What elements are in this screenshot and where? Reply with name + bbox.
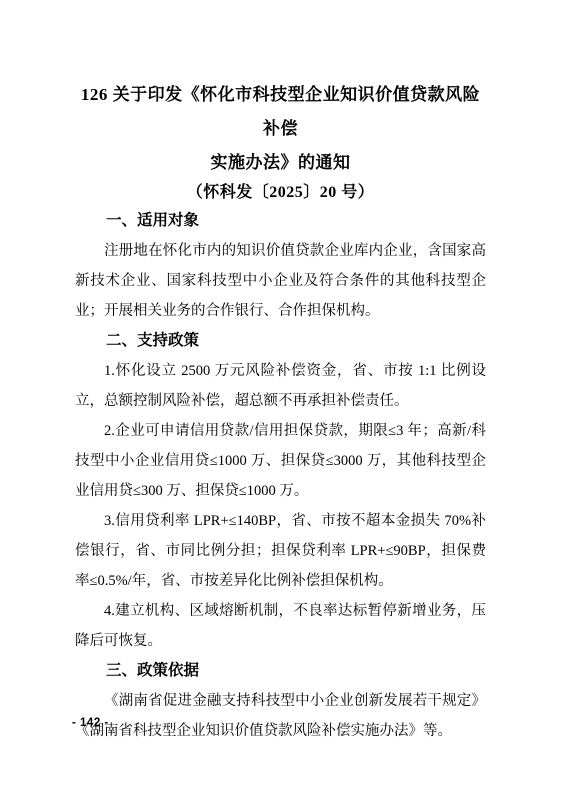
paragraph-policy-item-1: 1.怀化设立 2500 万元风险补偿资金，省、市按 1:1 比例设立，总额控制风… (75, 356, 486, 416)
section-heading-policy-basis: 三、政策依据 (75, 656, 486, 686)
paragraph-policy-item-2: 2.企业可申请信用贷款/信用担保贷款，期限≤3 年；高新/科技型中小企业信用贷≤… (75, 416, 486, 506)
paragraph-policy-item-3: 3.信用贷利率 LPR+≤140BP，省、市按不超本金损失 70%补偿银行，省、… (75, 506, 486, 596)
document-page: 126 关于印发《怀化市科技型企业知识价值贷款风险补偿 实施办法》的通知 （怀科… (0, 0, 561, 793)
title-line-1: 126 关于印发《怀化市科技型企业知识价值贷款风险补偿 (75, 78, 486, 146)
section-heading-support-policies: 二、支持政策 (75, 326, 486, 356)
document-number: （怀科发〔2025〕20 号） (75, 180, 486, 206)
section-support-policies: 二、支持政策 1.怀化设立 2500 万元风险补偿资金，省、市按 1:1 比例设… (75, 326, 486, 656)
title-line-2: 实施办法》的通知 (75, 146, 486, 180)
section-heading-applicable-targets: 一、适用对象 (75, 206, 486, 236)
paragraph-policy-item-4: 4.建立机构、区域熔断机制，不良率达标暂停新增业务，压降后可恢复。 (75, 596, 486, 656)
paragraph-applicable-targets: 注册地在怀化市内的知识价值贷款企业库内企业，含国家高新技术企业、国家科技型中小企… (75, 236, 486, 326)
document-content: 126 关于印发《怀化市科技型企业知识价值贷款风险补偿 实施办法》的通知 （怀科… (0, 0, 561, 746)
section-policy-basis: 三、政策依据 《湖南省促进金融支持科技型中小企业创新发展若干规定》《湖南省科技型… (75, 656, 486, 746)
page-number: - 142 - (72, 717, 109, 729)
paragraph-policy-basis: 《湖南省促进金融支持科技型中小企业创新发展若干规定》《湖南省科技型企业知识价值贷… (75, 686, 486, 746)
section-applicable-targets: 一、适用对象 注册地在怀化市内的知识价值贷款企业库内企业，含国家高新技术企业、国… (75, 206, 486, 326)
document-title: 126 关于印发《怀化市科技型企业知识价值贷款风险补偿 实施办法》的通知 (75, 78, 486, 180)
